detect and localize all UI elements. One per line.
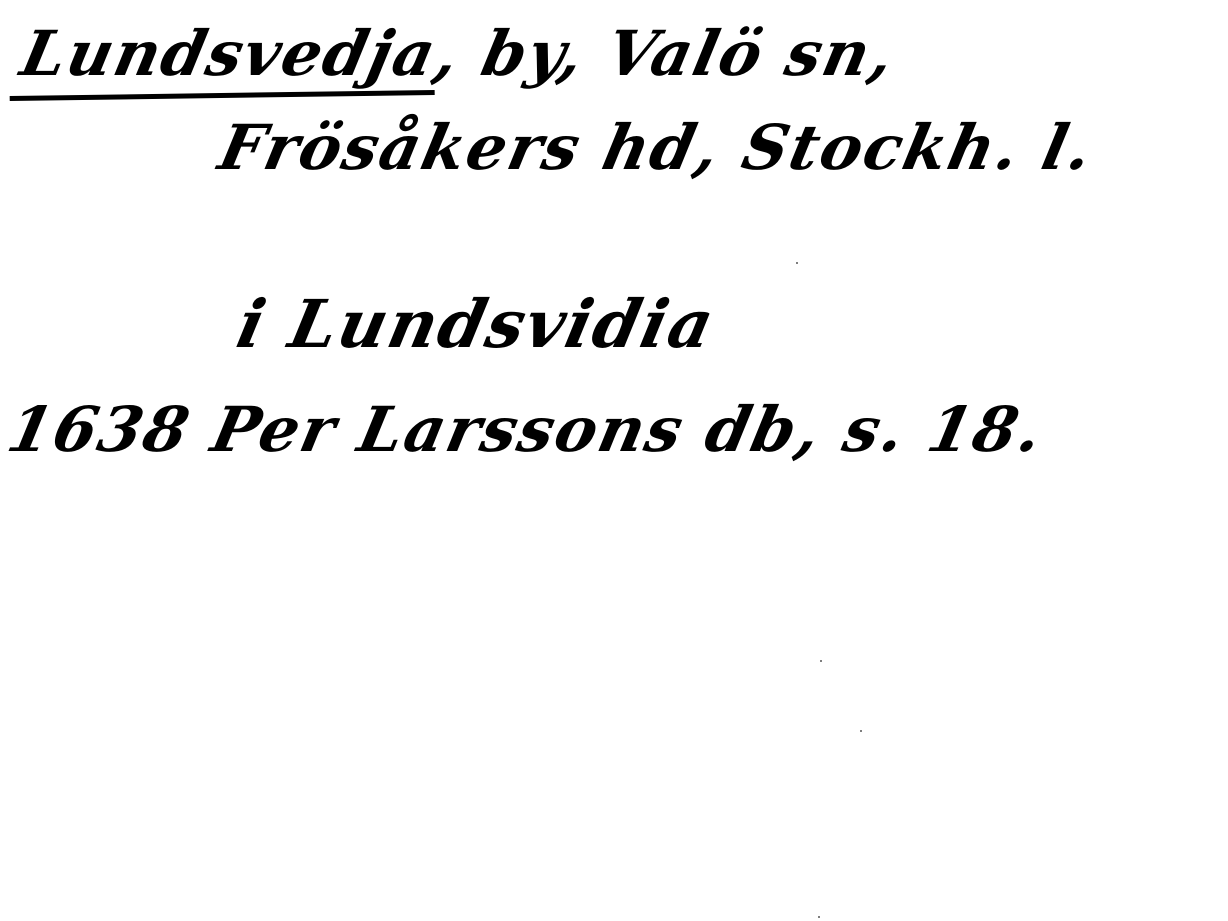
scan-speck bbox=[818, 916, 820, 918]
heading-line: Lundsvedja, by, Valö sn, bbox=[14, 14, 903, 94]
scan-speck bbox=[796, 262, 798, 264]
place-name-underlined: Lundsvedja bbox=[14, 14, 444, 94]
scan-speck bbox=[860, 730, 862, 732]
heading-location: , by, Valö sn, bbox=[428, 17, 902, 90]
scan-speck bbox=[820, 660, 822, 662]
index-card: Lundsvedja, by, Valö sn, Frösåkers hd, S… bbox=[0, 0, 1228, 921]
historical-spelling-line: i Lundsvidia bbox=[230, 282, 723, 366]
source-reference-line: 1638 Per Larssons db, s. 18. bbox=[0, 388, 1052, 472]
source-citation: Per Larssons db, s. 18. bbox=[205, 393, 1050, 466]
source-year: 1638 bbox=[1, 393, 197, 466]
district-county-line: Frösåkers hd, Stockh. l. bbox=[212, 108, 1101, 188]
